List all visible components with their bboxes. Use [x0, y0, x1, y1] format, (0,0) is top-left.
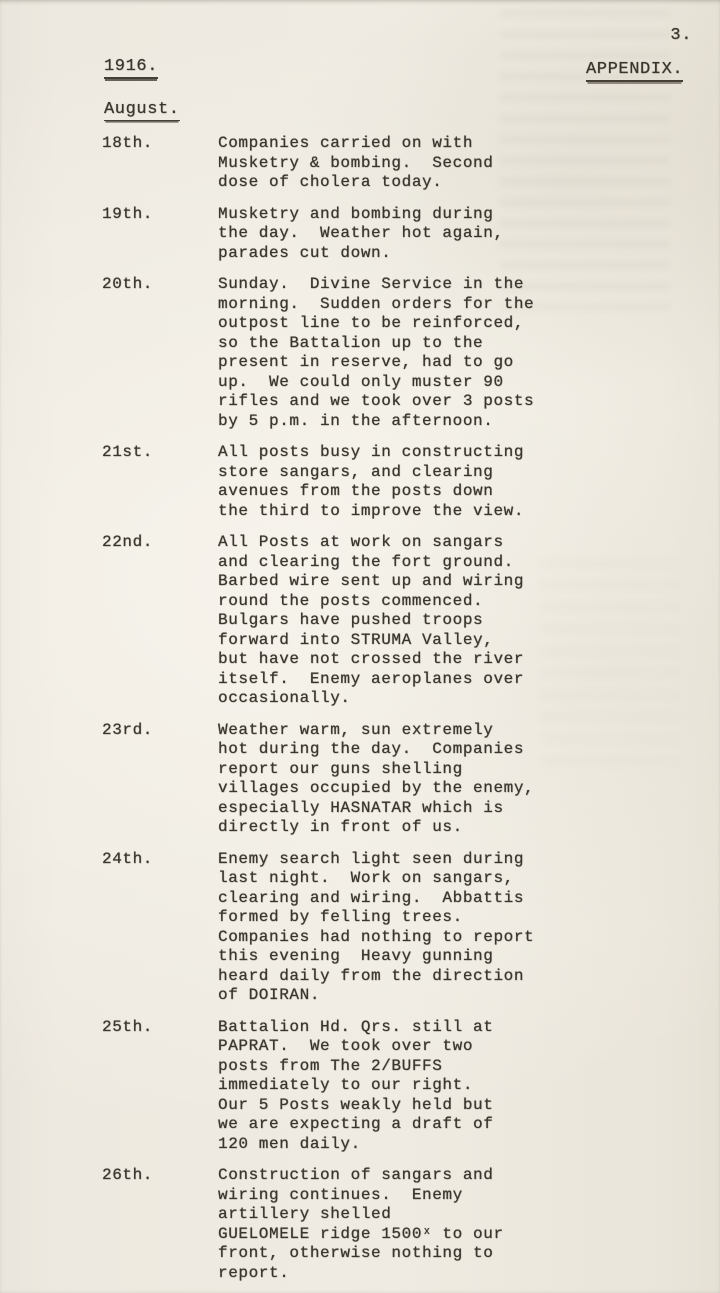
entry-line: formed by felling trees.	[218, 908, 686, 928]
entry-line: Bulgars have pushed troops	[218, 611, 686, 631]
diary-entries: 18th. Companies carried on withMusketry …	[102, 134, 686, 1293]
entry-body: Enemy search light seen duringlast night…	[218, 850, 686, 1006]
entry-line: heard daily from the direction	[218, 967, 686, 987]
entry-line: Companies carried on with	[218, 134, 686, 154]
entry-line: so the Battalion up to the	[218, 334, 686, 354]
entry-line: Companies had nothing to report	[218, 928, 686, 948]
entry-line: up. We could only muster 90	[218, 373, 686, 393]
diary-entry: 21st. All posts busy in constructingstor…	[102, 443, 686, 521]
diary-entry: 20th. Sunday. Divine Service in themorni…	[102, 275, 686, 431]
entry-line: especially HASNATAR which is	[218, 799, 686, 819]
entry-line: hot during the day. Companies	[218, 740, 686, 760]
entry-date: 20th.	[102, 275, 218, 295]
diary-entry: 25th. Battalion Hd. Qrs. still atPAPRAT.…	[102, 1018, 686, 1155]
entry-line: the day. Weather hot again,	[218, 224, 686, 244]
month-heading: August.	[104, 100, 180, 121]
entry-date: 19th.	[102, 205, 218, 225]
entry-date: 26th.	[102, 1166, 218, 1186]
appendix-heading: APPENDIX.	[586, 60, 683, 82]
entry-line: posts from The 2/BUFFS	[218, 1057, 686, 1077]
entry-date: 21st.	[102, 443, 218, 463]
entry-line: Barbed wire sent up and wiring	[218, 572, 686, 592]
page-number: 3.	[670, 26, 692, 45]
document-page: 3. 1916. APPENDIX. August. 18th. Compani…	[0, 0, 720, 1293]
entry-body: All posts busy in constructingstore sang…	[218, 443, 686, 521]
diary-entry: 26th. Construction of sangars andwiring …	[102, 1166, 686, 1283]
entry-line: wiring continues. Enemy	[218, 1186, 686, 1206]
entry-body: Sunday. Divine Service in themorning. Su…	[218, 275, 686, 431]
entry-body: All Posts at work on sangarsand clearing…	[218, 533, 686, 709]
diary-entry: 23rd. Weather warm, sun extremelyhot dur…	[102, 721, 686, 838]
entry-line: 120 men daily.	[218, 1135, 686, 1155]
entry-line: GUELOMELE ridge 1500ˣ to our	[218, 1225, 686, 1245]
entry-body: Companies carried on withMusketry & bomb…	[218, 134, 686, 193]
entry-line: outpost line to be reinforced,	[218, 314, 686, 334]
entry-body: Weather warm, sun extremelyhot during th…	[218, 721, 686, 838]
entry-line: report our guns shelling	[218, 760, 686, 780]
entry-date: 23rd.	[102, 721, 218, 741]
entry-line: morning. Sudden orders for the	[218, 295, 686, 315]
diary-entry: 22nd. All Posts at work on sangarsand cl…	[102, 533, 686, 709]
entry-line: occasionally.	[218, 689, 686, 709]
entry-date: 25th.	[102, 1018, 218, 1038]
year-heading: 1916.	[104, 57, 158, 79]
entry-line: and clearing the fort ground.	[218, 553, 686, 573]
entry-line: immediately to our right.	[218, 1076, 686, 1096]
entry-date: 18th.	[102, 134, 218, 154]
entry-line: by 5 p.m. in the afternoon.	[218, 412, 686, 432]
entry-line: Musketry and bombing during	[218, 205, 686, 225]
diary-entry: 24th. Enemy search light seen duringlast…	[102, 850, 686, 1006]
entry-line: itself. Enemy aeroplanes over	[218, 670, 686, 690]
entry-line: PAPRAT. We took over two	[218, 1037, 686, 1057]
entry-line: Sunday. Divine Service in the	[218, 275, 686, 295]
entry-line: All posts busy in constructing	[218, 443, 686, 463]
entry-line: directly in front of us.	[218, 818, 686, 838]
entry-body: Construction of sangars andwiring contin…	[218, 1166, 686, 1283]
entry-line: Musketry & bombing. Second	[218, 154, 686, 174]
entry-line: artillery shelled	[218, 1205, 686, 1225]
entry-date: 24th.	[102, 850, 218, 870]
entry-line: Weather warm, sun extremely	[218, 721, 686, 741]
entry-line: but have not crossed the river	[218, 650, 686, 670]
entry-line: the third to improve the view.	[218, 502, 686, 522]
entry-line: round the posts commenced.	[218, 592, 686, 612]
entry-line: clearing and wiring. Abbattis	[218, 889, 686, 909]
entry-line: All Posts at work on sangars	[218, 533, 686, 553]
entry-body: Battalion Hd. Qrs. still atPAPRAT. We to…	[218, 1018, 686, 1155]
diary-entry: 18th. Companies carried on withMusketry …	[102, 134, 686, 193]
entry-line: Our 5 Posts weakly held but	[218, 1096, 686, 1116]
entry-line: Battalion Hd. Qrs. still at	[218, 1018, 686, 1038]
entry-line: avenues from the posts down	[218, 482, 686, 502]
entry-line: dose of cholera today.	[218, 173, 686, 193]
entry-line: present in reserve, had to go	[218, 353, 686, 373]
entry-line: report.	[218, 1264, 686, 1284]
entry-line: last night. Work on sangars,	[218, 869, 686, 889]
entry-line: this evening Heavy gunning	[218, 947, 686, 967]
entry-line: Construction of sangars and	[218, 1166, 686, 1186]
entry-date: 22nd.	[102, 533, 218, 553]
entry-line: store sangars, and clearing	[218, 463, 686, 483]
entry-line: parades cut down.	[218, 244, 686, 264]
entry-body: Musketry and bombing duringthe day. Weat…	[218, 205, 686, 264]
entry-line: we are expecting a draft of	[218, 1115, 686, 1135]
entry-line: villages occupied by the enemy,	[218, 779, 686, 799]
diary-entry: 19th. Musketry and bombing duringthe day…	[102, 205, 686, 264]
entry-line: front, otherwise nothing to	[218, 1244, 686, 1264]
entry-line: of DOIRAN.	[218, 986, 686, 1006]
entry-line: forward into STRUMA Valley,	[218, 631, 686, 651]
entry-line: rifles and we took over 3 posts	[218, 392, 686, 412]
entry-line: Enemy search light seen during	[218, 850, 686, 870]
